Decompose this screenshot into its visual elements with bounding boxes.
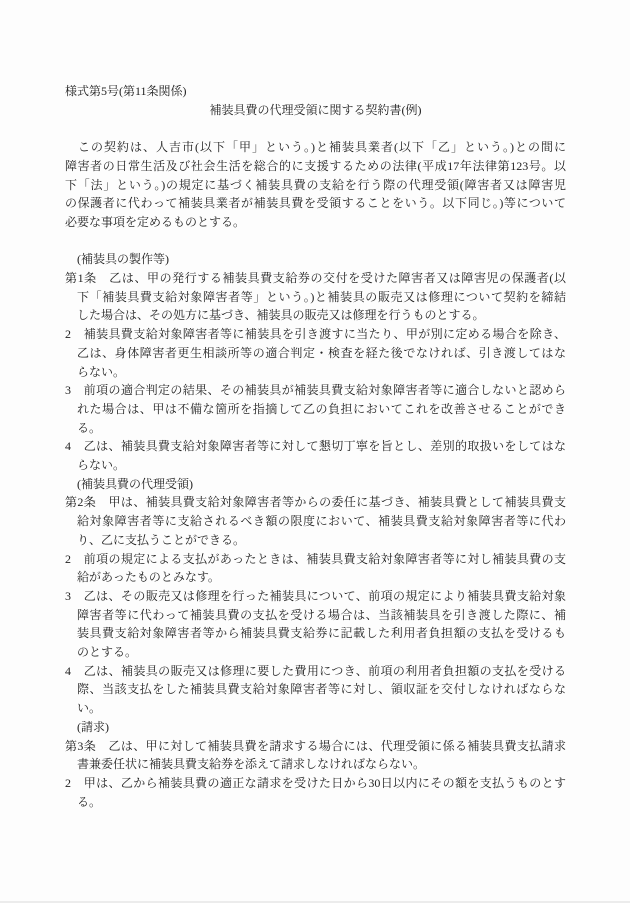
document-line: 必要な事項を定めるものとする。: [65, 213, 566, 232]
document-line: り、乙に支払うことができる。: [65, 531, 566, 550]
document-line: 4 乙は、補装具費支給対象障害者等に対して懇切丁寧を旨とし、差別的取扱いをしては…: [65, 437, 566, 456]
contract-document: 様式第5号(第11条関係) 補装具費の代理受領に関する契約書(例) この契約は、…: [65, 82, 566, 811]
document-line: (請求): [65, 718, 566, 737]
document-line: 障害者等に代わって補装具費の支払を受ける場合は、当該補装具を引き渡した際に、補: [65, 606, 566, 625]
document-line: 給対象障害者等に支給されるべき額の限度において、補装具費支給対象障害者等に代わ: [65, 512, 566, 531]
document-line: この契約は、人吉市(以下「甲」という。)と補装具業者(以下「乙」という。)との間…: [65, 138, 566, 157]
form-number-label: 様式第5号(第11条関係): [65, 82, 566, 101]
document-line: 2 前項の規定による支払があったときは、補装具費支給対象障害者等に対し補装具費の…: [65, 550, 566, 569]
document-line: (補装具の製作等): [65, 250, 566, 269]
document-line: 障害者の日常生活及び社会生活を総合的に支援するための法律(平成17年法律第123…: [65, 157, 566, 176]
document-line: 4 乙は、補装具の販売又は修理に要した費用につき、前項の利用者負担額の支払を受け…: [65, 662, 566, 681]
document-line: (補装具費の代理受領): [65, 475, 566, 494]
document-line: る。: [65, 419, 566, 438]
document-page: 様式第5号(第11条関係) 補装具費の代理受領に関する契約書(例) この契約は、…: [0, 0, 630, 903]
document-line: らない。: [65, 456, 566, 475]
document-line: らない。: [65, 363, 566, 382]
document-line: れた場合は、甲は不備な箇所を指摘して乙の負担においてこれを改善させることができ: [65, 400, 566, 419]
document-line: 下「法」という。)の規定に基づく補装具費の支給を行う際の代理受領(障害者又は障害…: [65, 176, 566, 195]
document-body: この契約は、人吉市(以下「甲」という。)と補装具業者(以下「乙」という。)との間…: [65, 119, 566, 811]
document-line: [65, 119, 566, 138]
document-line: る。: [65, 793, 566, 812]
document-title: 補装具費の代理受領に関する契約書(例): [65, 101, 566, 120]
document-line: 3 乙は、その販売又は修理を行った補装具について、前項の規定により補装具費支給対…: [65, 587, 566, 606]
document-line: のとする。: [65, 643, 566, 662]
document-line: 給があったものとみなす。: [65, 568, 566, 587]
document-line: 際、当該支払をした補装具費支給対象障害者等に対し、領収証を交付しなければならな: [65, 680, 566, 699]
document-line: 書兼委任状に補装具費支給券を添えて請求しなければならない。: [65, 755, 566, 774]
document-line: 第2条 甲は、補装具費支給対象障害者等からの委任に基づき、補装具費として補装具費…: [65, 493, 566, 512]
document-line: 第3条 乙は、甲に対して補装具費を請求する場合には、代理受領に係る補装具費支払請…: [65, 737, 566, 756]
document-line: 2 甲は、乙から補装具費の適正な請求を受けた日から30日以内にその額を支払うもの…: [65, 774, 566, 793]
document-line: の保護者に代わって補装具業者が補装具費を受領することをいう。以下同じ。)等につい…: [65, 194, 566, 213]
document-line: 3 前項の適合判定の結果、その補装具が補装具費支給対象障害者等に適合しないと認め…: [65, 381, 566, 400]
document-line: い。: [65, 699, 566, 718]
document-line: 装具費支給対象障害者等から補装具費支給券に記載した利用者負担額の支払を受けるも: [65, 624, 566, 643]
document-line: [65, 232, 566, 251]
document-line: 第1条 乙は、甲の発行する補装具費支給券の交付を受けた障害者又は障害児の保護者(…: [65, 269, 566, 288]
document-line: 下「補装具費支給対象障害者等」という。)と補装具の販売又は修理について契約を締結: [65, 288, 566, 307]
document-line: 乙は、身体障害者更生相談所等の適合判定・検査を経た後でなければ、引き渡してはな: [65, 344, 566, 363]
document-line: した場合は、その処方に基づき、補装具の販売又は修理を行うものとする。: [65, 306, 566, 325]
document-line: 2 補装具費支給対象障害者等に補装具を引き渡すに当たり、甲が別に定める場合を除き…: [65, 325, 566, 344]
